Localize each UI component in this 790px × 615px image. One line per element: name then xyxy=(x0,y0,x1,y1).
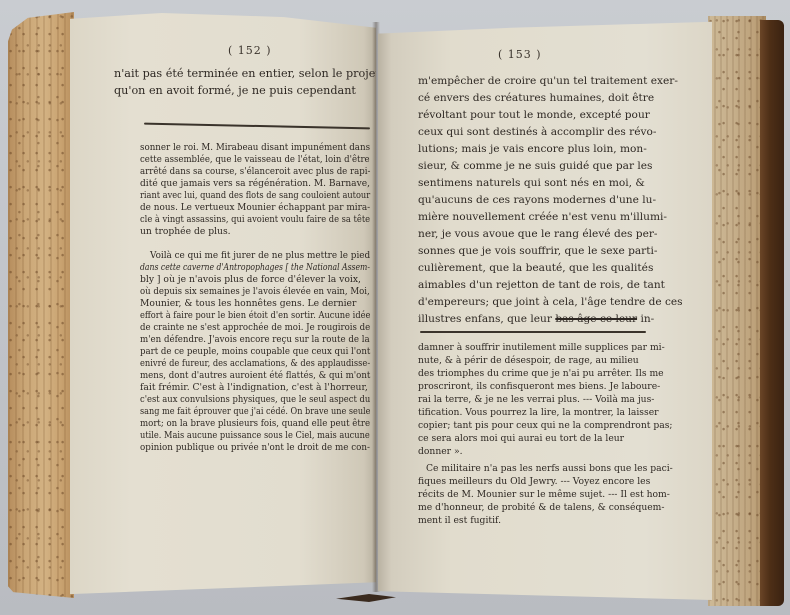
footnote-line: où depuis six semaines je l'avois élevée… xyxy=(140,287,370,296)
footnote-line: donner ». xyxy=(418,447,463,456)
hyphenated-line-end: in- xyxy=(640,313,654,325)
footnote-line: proscriront, ils confisqueront mes biens… xyxy=(418,382,660,391)
footnote-line: mort; on la brave plusieurs fois, quand … xyxy=(140,419,370,428)
footnote-line: Ce militaire n'a pas les nerfs aussi bon… xyxy=(426,464,673,473)
main-text-line: sieur, & comme je ne suis guidé que par … xyxy=(418,161,653,172)
main-text-line: culièrement, que la beauté, que les qual… xyxy=(418,263,653,274)
main-text-line: d'empereurs; que joint à cela, l'âge ten… xyxy=(418,297,683,308)
main-text-line: sonnes que je vois souffrir, que le sexe… xyxy=(418,246,657,257)
footnote-line: me d'honneur, de probité & de talens, & … xyxy=(418,503,665,512)
leather-cover-edge xyxy=(760,20,784,606)
footnote-line: riant avec lui, quand des flots de sang … xyxy=(140,191,370,200)
main-text-line: révoltant pour tout le monde, excepté po… xyxy=(418,110,650,121)
main-text-line: ner, je vous avoue que le rang élevé des… xyxy=(418,229,658,240)
footnote-line: de crainte ne s'est approchée de moi. Je… xyxy=(140,323,370,332)
footnote-line: effort à faire pour le bien étoit d'en s… xyxy=(140,311,370,320)
left-page-block-edge xyxy=(8,12,74,598)
right-page: ( 153 ) m'empêcher de croire qu'un tel t… xyxy=(378,10,712,600)
footnote-line: un trophée de plus. xyxy=(140,227,231,236)
footnote-line: tification. Vous pourrez la lire, la mon… xyxy=(418,408,659,417)
footnote-line: part de ce peuple, moins coupable que ce… xyxy=(140,347,370,356)
main-text-line: illustres enfans, que leur bas âge ce le… xyxy=(418,314,654,325)
footnote-line: ment il est fugitif. xyxy=(418,516,501,525)
main-text-line: mière nouvellement créée n'est venu m'il… xyxy=(418,212,667,223)
footnote-line: sang me fait éprouver que j'ai cédé. On … xyxy=(140,407,370,416)
footnote-line: copier; tant pis pour ceux qui ne la com… xyxy=(418,421,673,430)
page-number-right: ( 153 ) xyxy=(498,48,542,61)
footnote-line: sonner le roi. M. Mirabeau disant impuné… xyxy=(140,143,370,152)
footnote-line: ce sera alors moi qui aurai eu tort de l… xyxy=(418,434,624,443)
main-text-line: ceux qui sont destinés à accomplir des r… xyxy=(418,127,656,138)
footnote-line: fiques meilleurs du Old Jewry. --- Voyez… xyxy=(418,477,650,486)
footnote-rule xyxy=(420,331,646,333)
bookmark-ribbon xyxy=(336,594,396,602)
left-page: ( 152 ) n'ait pas été terminée en entier… xyxy=(70,10,376,600)
footnote-line: fait frémir. C'est à l'indignation, c'es… xyxy=(140,383,368,392)
footnote-rule xyxy=(144,123,370,130)
main-text-line: lutions; mais je vais encore plus loin, … xyxy=(418,144,647,155)
footnote-line: m'en défendre. J'avois encore reçu sur l… xyxy=(140,335,370,344)
main-text-line: m'empêcher de croire qu'un tel traitemen… xyxy=(418,76,678,87)
footnote-line: mens, dont d'autres auroient été flattés… xyxy=(140,371,370,380)
footnote-line: rai la terre, & je ne les verrai plus. -… xyxy=(418,395,654,404)
right-page-block-edge xyxy=(708,16,766,606)
main-text-line: sentimens naturels qui sont nés en moi, … xyxy=(418,178,645,189)
open-antique-book: ( 152 ) n'ait pas été terminée en entier… xyxy=(0,0,790,615)
main-text-line: aimables d'un rejetton de tant de rois, … xyxy=(418,280,665,291)
page-number-left: ( 152 ) xyxy=(228,44,272,57)
footnote-line: dans cette caverne d'Antropophages [ the… xyxy=(140,263,370,272)
footnote-line: opinion publique ou privée n'ont le droi… xyxy=(140,443,370,452)
footnote-line: dité que jamais vers sa régénération. M.… xyxy=(140,179,370,188)
footnote-line: des triomphes du crime que je n'ai pu ar… xyxy=(418,369,664,378)
footnote-line: c'est aux convulsions physiques, que le … xyxy=(140,395,370,404)
footnote-line: enivré de fureur, des acclamations, & de… xyxy=(140,359,370,368)
main-text-line: cé envers des créatures humaines, doit ê… xyxy=(418,93,654,104)
footnote-line: arrêté dans sa course, s'élanceroit avec… xyxy=(140,167,370,176)
footnote-line: bly ] où je n'avois plus de force d'élev… xyxy=(140,275,361,284)
footnote-line: cette assemblée, que le vaisseau de l'ét… xyxy=(140,155,370,164)
footnote-line: récits de M. Mounier sur le même sujet. … xyxy=(418,490,670,499)
footnote-line: cle à vingt assassins, qui avoient voulu… xyxy=(140,215,370,224)
footnote-line: de nous. Le vertueux Mounier échappant p… xyxy=(140,203,370,212)
main-text-fragment: illustres enfans, que leur xyxy=(418,313,552,325)
footnote-line: Voilà ce qui me fit jurer de ne plus met… xyxy=(150,251,370,260)
main-text-line: n'ait pas été terminée en entier, selon … xyxy=(114,68,380,79)
main-text-line: qu'aucuns de ces rayons modernes d'une l… xyxy=(418,195,656,206)
main-text-line: qu'on en avoit formé, je ne puis cependa… xyxy=(114,85,356,96)
footnote-line: Mounier, & tous les honnêtes gens. Le de… xyxy=(140,299,356,308)
struck-through-text: bas âge ce leur xyxy=(555,313,637,325)
footnote-line: utile. Mais aucune puissance sous le Cie… xyxy=(140,431,370,440)
footnote-line: nute, & à périr de désespoir, de rage, a… xyxy=(418,356,639,365)
footnote-line: damner à souffrir inutilement mille supp… xyxy=(418,343,665,352)
